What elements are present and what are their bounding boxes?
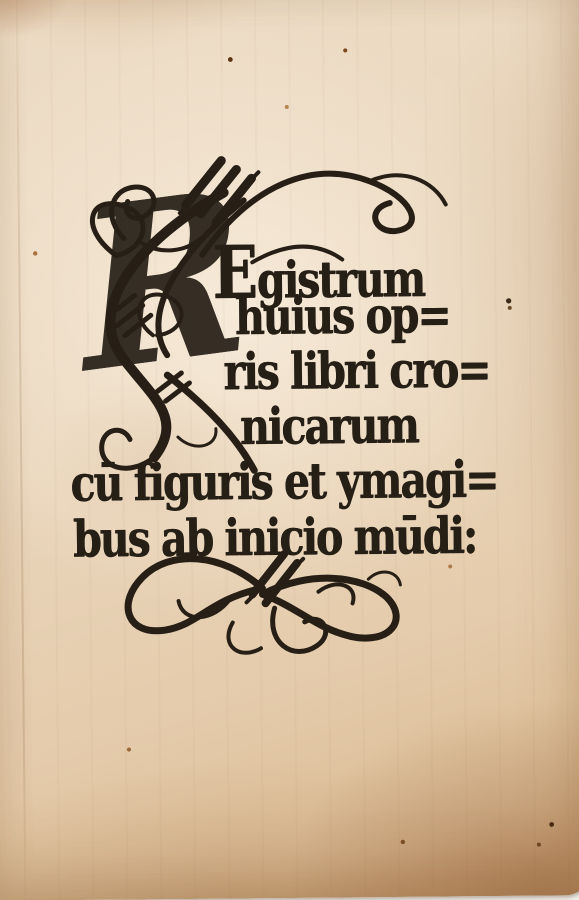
title-line-3: ris libri cro= (223, 340, 490, 401)
calligraphic-flourish-bottom (112, 535, 413, 673)
title-line-5: cū figuris et ymagi= (70, 450, 497, 513)
photograph-backdrop: R Egistrum huius op= ris libri cro= nica… (0, 0, 579, 900)
title-line-2: huius op= (235, 285, 450, 346)
initial-capital-flourish (56, 184, 259, 476)
title-line-4: nicarum (240, 396, 418, 456)
manuscript-page: R Egistrum huius op= ris libri cro= nica… (0, 0, 579, 900)
